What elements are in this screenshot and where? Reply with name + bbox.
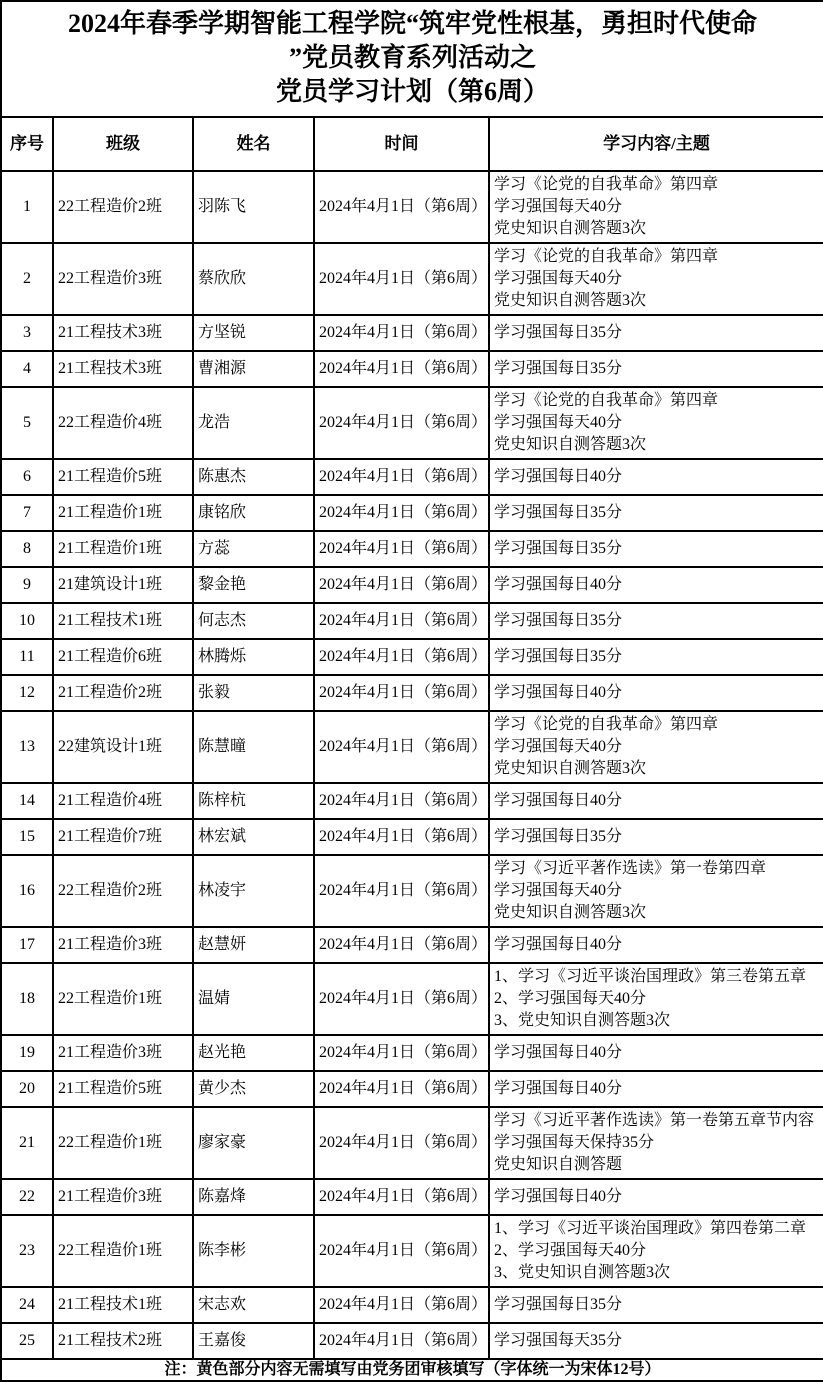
class-cell: 22工程造价2班 (53, 855, 193, 927)
table-row: 2122工程造价1班廖家豪2024年4月1日（第6周）学习《习近平著作选读》第一… (1, 1107, 823, 1179)
content-line: 学习《论党的自我革命》第四章 (494, 246, 819, 268)
class-cell: 21工程造价6班 (53, 639, 193, 675)
content-cell: 学习强国每日40分 (489, 459, 823, 495)
content-line: 学习强国每日40分 (494, 934, 819, 956)
class-cell: 21工程技术3班 (53, 315, 193, 351)
content-line: 学习《论党的自我革命》第四章 (494, 390, 819, 412)
time-cell: 2024年4月1日（第6周） (314, 1107, 489, 1179)
header-time: 时间 (314, 117, 489, 171)
content-line: 党史知识自测答题 (494, 1154, 819, 1176)
content-line: 学习强国每天40分 (494, 736, 819, 758)
time-cell: 2024年4月1日（第6周） (314, 783, 489, 819)
time-cell: 2024年4月1日（第6周） (314, 531, 489, 567)
content-line: 学习强国每日35分 (494, 610, 819, 632)
header-serial-number: 序号 (1, 117, 53, 171)
content-line: 学习《论党的自我革命》第四章 (494, 714, 819, 736)
table-row: 1521工程造价7班林宏斌2024年4月1日（第6周）学习强国每日35分 (1, 819, 823, 855)
time-cell: 2024年4月1日（第6周） (314, 1215, 489, 1287)
content-cell: 学习强国每日40分 (489, 783, 823, 819)
class-cell: 21工程造价3班 (53, 1035, 193, 1071)
content-cell: 学习强国每日35分 (489, 351, 823, 387)
serial-number-cell: 3 (1, 315, 53, 351)
content-line: 学习强国每日35分 (494, 322, 819, 344)
study-plan-sheet: 2024年春季学期智能工程学院“筑牢党性根基，勇担时代使命 ”党员教育系列活动之… (0, 0, 823, 1382)
table-row: 2421工程技术1班宋志欢2024年4月1日（第6周）学习强国每日35分 (1, 1287, 823, 1323)
title-line-1: 2024年春季学期智能工程学院“筑牢党性根基，勇担时代使命 (4, 7, 821, 41)
class-cell: 21工程造价3班 (53, 1179, 193, 1215)
serial-number-cell: 14 (1, 783, 53, 819)
name-cell: 赵光艳 (193, 1035, 314, 1071)
table-row: 1721工程造价3班赵慧妍2024年4月1日（第6周）学习强国每日40分 (1, 927, 823, 963)
time-cell: 2024年4月1日（第6周） (314, 243, 489, 315)
serial-number-cell: 8 (1, 531, 53, 567)
content-line: 学习强国每日40分 (494, 574, 819, 596)
table-row: 1221工程造价2班张毅2024年4月1日（第6周）学习强国每日40分 (1, 675, 823, 711)
serial-number-cell: 25 (1, 1323, 53, 1359)
class-cell: 21工程技术1班 (53, 1287, 193, 1323)
table-row: 321工程技术3班方坚锐2024年4月1日（第6周）学习强国每日35分 (1, 315, 823, 351)
content-line: 2、学习强国每天40分 (494, 1240, 819, 1262)
name-cell: 羽陈飞 (193, 171, 314, 243)
class-cell: 22工程造价1班 (53, 1215, 193, 1287)
footer-note: 注：黄色部分内容无需填写由党务团审核填写（字体统一为宋体12号） (1, 1359, 823, 1381)
class-cell: 21工程造价5班 (53, 459, 193, 495)
content-line: 学习强国每天40分 (494, 196, 819, 218)
serial-number-cell: 21 (1, 1107, 53, 1179)
content-line: 党史知识自测答题3次 (494, 290, 819, 312)
content-cell: 学习《习近平著作选读》第一卷第五章节内容学习强国每天保持35分党史知识自测答题 (489, 1107, 823, 1179)
table-row: 2322工程造价1班陈李彬2024年4月1日（第6周）1、学习《习近平谈治国理政… (1, 1215, 823, 1287)
time-cell: 2024年4月1日（第6周） (314, 1035, 489, 1071)
title-line-2: ”党员教育系列活动之 (4, 41, 821, 75)
serial-number-cell: 13 (1, 711, 53, 783)
content-line: 学习强国每日35分 (494, 646, 819, 668)
content-line: 学习强国每天35分 (494, 1330, 819, 1352)
time-cell: 2024年4月1日（第6周） (314, 351, 489, 387)
serial-number-cell: 12 (1, 675, 53, 711)
serial-number-cell: 7 (1, 495, 53, 531)
table-row: 621工程造价5班陈惠杰2024年4月1日（第6周）学习强国每日40分 (1, 459, 823, 495)
time-cell: 2024年4月1日（第6周） (314, 711, 489, 783)
content-cell: 学习强国每日40分 (489, 1071, 823, 1107)
table-row: 1921工程造价3班赵光艳2024年4月1日（第6周）学习强国每日40分 (1, 1035, 823, 1071)
serial-number-cell: 23 (1, 1215, 53, 1287)
content-cell: 1、学习《习近平谈治国理政》第四卷第二章2、学习强国每天40分3、党史知识自测答… (489, 1215, 823, 1287)
table-row: 1822工程造价1班温婧2024年4月1日（第6周）1、学习《习近平谈治国理政》… (1, 963, 823, 1035)
class-cell: 21工程造价1班 (53, 531, 193, 567)
table-row: 821工程造价1班方蕊2024年4月1日（第6周）学习强国每日35分 (1, 531, 823, 567)
serial-number-cell: 11 (1, 639, 53, 675)
name-cell: 康铭欣 (193, 495, 314, 531)
name-cell: 陈梓杭 (193, 783, 314, 819)
name-cell: 陈李彬 (193, 1215, 314, 1287)
content-line: 学习强国每日35分 (494, 826, 819, 848)
table-row: 522工程造价4班龙浩2024年4月1日（第6周）学习《论党的自我革命》第四章学… (1, 387, 823, 459)
time-cell: 2024年4月1日（第6周） (314, 171, 489, 243)
name-cell: 张毅 (193, 675, 314, 711)
serial-number-cell: 19 (1, 1035, 53, 1071)
name-cell: 蔡欣欣 (193, 243, 314, 315)
table-row: 921建筑设计1班黎金艳2024年4月1日（第6周）学习强国每日40分 (1, 567, 823, 603)
content-line: 学习强国每日35分 (494, 538, 819, 560)
name-cell: 林腾烁 (193, 639, 314, 675)
name-cell: 何志杰 (193, 603, 314, 639)
content-cell: 学习强国每日40分 (489, 927, 823, 963)
content-line: 学习强国每天保持35分 (494, 1132, 819, 1154)
class-cell: 22工程造价4班 (53, 387, 193, 459)
serial-number-cell: 17 (1, 927, 53, 963)
title-line-3: 党员学习计划（第6周） (4, 75, 821, 109)
content-cell: 1、学习《习近平谈治国理政》第三卷第五章2、学习强国每天40分3、党史知识自测答… (489, 963, 823, 1035)
content-line: 学习强国每日35分 (494, 1294, 819, 1316)
content-line: 学习《习近平著作选读》第一卷第四章 (494, 858, 819, 880)
serial-number-cell: 18 (1, 963, 53, 1035)
table-row: 122工程造价2班羽陈飞2024年4月1日（第6周）学习《论党的自我革命》第四章… (1, 171, 823, 243)
content-cell: 学习强国每日35分 (489, 315, 823, 351)
class-cell: 22建筑设计1班 (53, 711, 193, 783)
content-line: 学习强国每天40分 (494, 880, 819, 902)
class-cell: 22工程造价2班 (53, 171, 193, 243)
name-cell: 宋志欢 (193, 1287, 314, 1323)
time-cell: 2024年4月1日（第6周） (314, 675, 489, 711)
name-cell: 赵慧妍 (193, 927, 314, 963)
serial-number-cell: 2 (1, 243, 53, 315)
name-cell: 陈惠杰 (193, 459, 314, 495)
content-cell: 学习强国每天35分 (489, 1323, 823, 1359)
table-row: 1121工程造价6班林腾烁2024年4月1日（第6周）学习强国每日35分 (1, 639, 823, 675)
class-cell: 21工程造价5班 (53, 1071, 193, 1107)
study-plan-table: 2024年春季学期智能工程学院“筑牢党性根基，勇担时代使命 ”党员教育系列活动之… (0, 0, 823, 1382)
content-line: 党史知识自测答题3次 (494, 902, 819, 924)
name-cell: 方坚锐 (193, 315, 314, 351)
name-cell: 陈嘉烽 (193, 1179, 314, 1215)
serial-number-cell: 16 (1, 855, 53, 927)
content-cell: 学习《论党的自我革命》第四章学习强国每天40分党史知识自测答题3次 (489, 387, 823, 459)
time-cell: 2024年4月1日（第6周） (314, 1287, 489, 1323)
content-line: 学习强国每日40分 (494, 1078, 819, 1100)
table-row: 1622工程造价2班林凌宇2024年4月1日（第6周）学习《习近平著作选读》第一… (1, 855, 823, 927)
serial-number-cell: 4 (1, 351, 53, 387)
class-cell: 21工程技术2班 (53, 1323, 193, 1359)
table-row: 1322建筑设计1班陈慧曈2024年4月1日（第6周）学习《论党的自我革命》第四… (1, 711, 823, 783)
name-cell: 温婧 (193, 963, 314, 1035)
table-row: 1021工程技术1班何志杰2024年4月1日（第6周）学习强国每日35分 (1, 603, 823, 639)
time-cell: 2024年4月1日（第6周） (314, 1071, 489, 1107)
time-cell: 2024年4月1日（第6周） (314, 495, 489, 531)
time-cell: 2024年4月1日（第6周） (314, 1179, 489, 1215)
content-cell: 学习强国每日35分 (489, 531, 823, 567)
content-cell: 学习《论党的自我革命》第四章学习强国每天40分党史知识自测答题3次 (489, 171, 823, 243)
time-cell: 2024年4月1日（第6周） (314, 819, 489, 855)
time-cell: 2024年4月1日（第6周） (314, 639, 489, 675)
content-cell: 学习强国每日40分 (489, 567, 823, 603)
class-cell: 21工程技术3班 (53, 351, 193, 387)
content-line: 学习强国每日40分 (494, 1186, 819, 1208)
content-cell: 学习强国每日40分 (489, 675, 823, 711)
table-row: 222工程造价3班蔡欣欣2024年4月1日（第6周）学习《论党的自我革命》第四章… (1, 243, 823, 315)
content-line: 3、党史知识自测答题3次 (494, 1010, 819, 1032)
content-line: 党史知识自测答题3次 (494, 218, 819, 240)
class-cell: 21工程造价1班 (53, 495, 193, 531)
content-line: 学习强国每天40分 (494, 412, 819, 434)
name-cell: 方蕊 (193, 531, 314, 567)
content-cell: 学习强国每日40分 (489, 1035, 823, 1071)
content-line: 党史知识自测答题3次 (494, 434, 819, 456)
name-cell: 龙浩 (193, 387, 314, 459)
name-cell: 廖家豪 (193, 1107, 314, 1179)
content-cell: 学习《论党的自我革命》第四章学习强国每天40分党史知识自测答题3次 (489, 711, 823, 783)
content-cell: 学习《习近平著作选读》第一卷第四章学习强国每天40分党史知识自测答题3次 (489, 855, 823, 927)
content-line: 学习强国每日40分 (494, 790, 819, 812)
serial-number-cell: 20 (1, 1071, 53, 1107)
footer-row: 注：黄色部分内容无需填写由党务团审核填写（字体统一为宋体12号） (1, 1359, 823, 1381)
serial-number-cell: 10 (1, 603, 53, 639)
class-cell: 21工程造价7班 (53, 819, 193, 855)
time-cell: 2024年4月1日（第6周） (314, 315, 489, 351)
content-line: 学习《习近平著作选读》第一卷第五章节内容 (494, 1110, 819, 1132)
class-cell: 21建筑设计1班 (53, 567, 193, 603)
name-cell: 林凌宇 (193, 855, 314, 927)
content-line: 1、学习《习近平谈治国理政》第三卷第五章 (494, 966, 819, 988)
time-cell: 2024年4月1日（第6周） (314, 603, 489, 639)
content-line: 学习强国每日35分 (494, 358, 819, 380)
content-cell: 学习强国每日35分 (489, 819, 823, 855)
class-cell: 21工程造价2班 (53, 675, 193, 711)
content-cell: 学习强国每日35分 (489, 495, 823, 531)
table-row: 2521工程技术2班王嘉俊2024年4月1日（第6周）学习强国每天35分 (1, 1323, 823, 1359)
content-line: 学习强国每日35分 (494, 502, 819, 524)
serial-number-cell: 5 (1, 387, 53, 459)
content-line: 2、学习强国每天40分 (494, 988, 819, 1010)
class-cell: 21工程造价3班 (53, 927, 193, 963)
class-cell: 21工程技术1班 (53, 603, 193, 639)
time-cell: 2024年4月1日（第6周） (314, 387, 489, 459)
content-cell: 学习强国每日35分 (489, 1287, 823, 1323)
content-line: 1、学习《习近平谈治国理政》第四卷第二章 (494, 1218, 819, 1240)
content-line: 学习《论党的自我革命》第四章 (494, 174, 819, 196)
table-row: 2021工程造价5班黄少杰2024年4月1日（第6周）学习强国每日40分 (1, 1071, 823, 1107)
title-row: 2024年春季学期智能工程学院“筑牢党性根基，勇担时代使命 ”党员教育系列活动之… (1, 1, 823, 117)
table-row: 1421工程造价4班陈梓杭2024年4月1日（第6周）学习强国每日40分 (1, 783, 823, 819)
content-line: 3、党史知识自测答题3次 (494, 1262, 819, 1284)
page-title: 2024年春季学期智能工程学院“筑牢党性根基，勇担时代使命 ”党员教育系列活动之… (1, 1, 823, 117)
class-cell: 22工程造价1班 (53, 1107, 193, 1179)
class-cell: 22工程造价3班 (53, 243, 193, 315)
serial-number-cell: 22 (1, 1179, 53, 1215)
name-cell: 陈慧曈 (193, 711, 314, 783)
table-row: 2221工程造价3班陈嘉烽2024年4月1日（第6周）学习强国每日40分 (1, 1179, 823, 1215)
class-cell: 21工程造价4班 (53, 783, 193, 819)
name-cell: 王嘉俊 (193, 1323, 314, 1359)
content-cell: 学习《论党的自我革命》第四章学习强国每天40分党史知识自测答题3次 (489, 243, 823, 315)
content-cell: 学习强国每日40分 (489, 1179, 823, 1215)
content-line: 学习强国每日40分 (494, 1042, 819, 1064)
name-cell: 黄少杰 (193, 1071, 314, 1107)
name-cell: 曹湘源 (193, 351, 314, 387)
content-line: 学习强国每日40分 (494, 466, 819, 488)
serial-number-cell: 9 (1, 567, 53, 603)
time-cell: 2024年4月1日（第6周） (314, 1323, 489, 1359)
header-name: 姓名 (193, 117, 314, 171)
header-row: 序号 班级 姓名 时间 学习内容/主题 (1, 117, 823, 171)
content-line: 党史知识自测答题3次 (494, 758, 819, 780)
content-line: 学习强国每天40分 (494, 268, 819, 290)
table-body: 122工程造价2班羽陈飞2024年4月1日（第6周）学习《论党的自我革命》第四章… (1, 171, 823, 1359)
serial-number-cell: 24 (1, 1287, 53, 1323)
serial-number-cell: 1 (1, 171, 53, 243)
table-row: 421工程技术3班曹湘源2024年4月1日（第6周）学习强国每日35分 (1, 351, 823, 387)
name-cell: 黎金艳 (193, 567, 314, 603)
content-cell: 学习强国每日35分 (489, 603, 823, 639)
content-cell: 学习强国每日35分 (489, 639, 823, 675)
serial-number-cell: 6 (1, 459, 53, 495)
header-class: 班级 (53, 117, 193, 171)
name-cell: 林宏斌 (193, 819, 314, 855)
table-row: 721工程造价1班康铭欣2024年4月1日（第6周）学习强国每日35分 (1, 495, 823, 531)
time-cell: 2024年4月1日（第6周） (314, 567, 489, 603)
content-line: 学习强国每日40分 (494, 682, 819, 704)
header-study-content: 学习内容/主题 (489, 117, 823, 171)
time-cell: 2024年4月1日（第6周） (314, 927, 489, 963)
class-cell: 22工程造价1班 (53, 963, 193, 1035)
time-cell: 2024年4月1日（第6周） (314, 963, 489, 1035)
serial-number-cell: 15 (1, 819, 53, 855)
time-cell: 2024年4月1日（第6周） (314, 459, 489, 495)
time-cell: 2024年4月1日（第6周） (314, 855, 489, 927)
